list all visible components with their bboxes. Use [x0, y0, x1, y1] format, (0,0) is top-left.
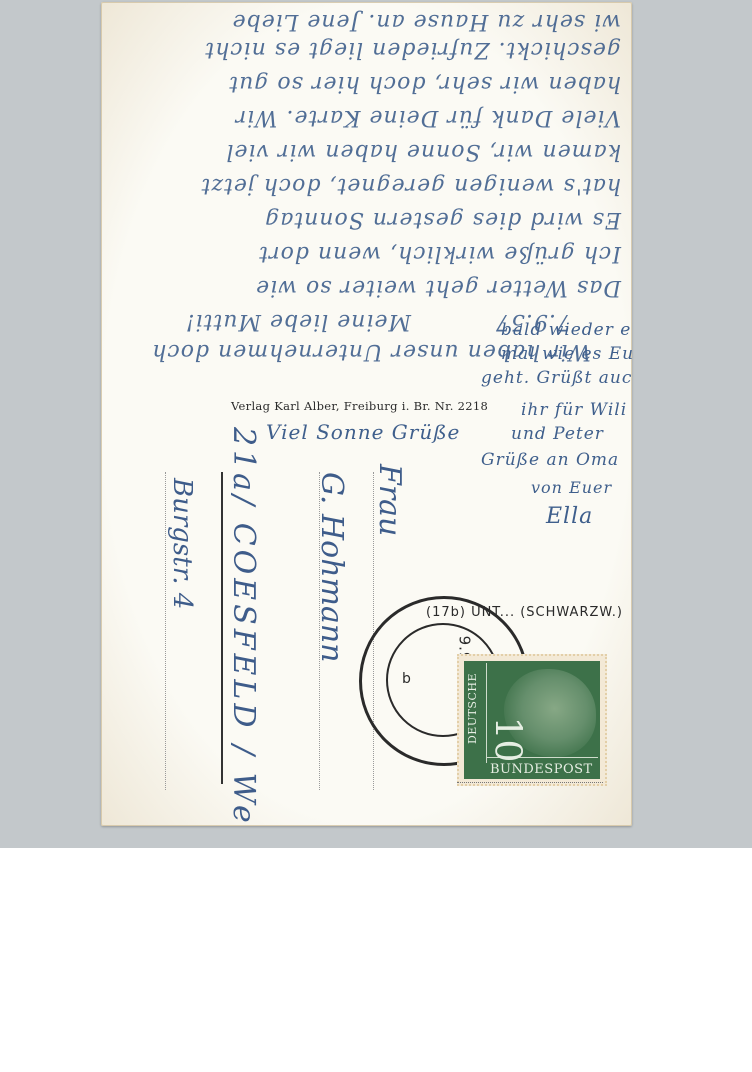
msg-line: Das Wetter geht weiter so wie: [255, 275, 621, 300]
msg-line: kamen wir, Sonne haben wir viel: [225, 139, 621, 164]
publisher-imprint: Verlag Karl Alber, Freiburg i. Br. Nr. 2…: [231, 399, 488, 413]
postmark-town: (17b) UNT... (SCHWARZW.): [426, 605, 623, 620]
msg-line: hat's wenigen geregnet, doch jetzt: [201, 173, 621, 198]
msg-line: Ich grüße wirklich, wenn dort: [258, 241, 621, 266]
address-guide-line: [165, 472, 166, 790]
msg-upright-line: Viel Sonne Grüße: [266, 420, 460, 444]
msg-upright-line: geht. Grüßt auch: [481, 368, 632, 388]
stamp-face: DEUTSCHE 10 BUNDESPOST: [464, 661, 600, 779]
msg-line: geschickt. Zufrieden liegt es nicht: [204, 37, 621, 62]
stamp-issuer: BUNDESPOST: [490, 762, 593, 777]
msg-upright-line: und Peter: [511, 424, 604, 444]
postcard: Wir haben unser Unternehmen doch 7.9.57 …: [101, 2, 632, 826]
address-line-4: Burgstr. 4: [167, 478, 197, 609]
msg-upright-line: mal wie es Euch: [501, 344, 632, 364]
msg-upright-line: bald wieder ein-: [501, 320, 632, 340]
msg-line: Meine liebe Mutti!: [185, 309, 411, 334]
msg-line: Es wird dies gestern Sonntag: [264, 207, 621, 232]
signature: Ella: [546, 504, 593, 529]
stamp-guide-line: [457, 782, 603, 783]
msg-line: haben wir sehr, doch hier so gut: [228, 71, 621, 96]
stamp-country: DEUTSCHE: [466, 673, 486, 744]
address-line-3: 21a/ COESFELD / Westf.: [226, 427, 261, 826]
address-line-2: G. Hohmann: [314, 472, 349, 663]
msg-line: wi sehr zu Hause an. Jene Liebe: [232, 9, 621, 34]
msg-line: Viele Dank für Deine Karte. Wir: [235, 105, 621, 130]
msg-upright-line: Grüße an Oma: [481, 450, 619, 470]
address-line-1: Frau: [372, 464, 407, 536]
msg-upright-line: ihr für Wili: [521, 400, 627, 420]
address-underline: [221, 472, 223, 784]
postmark-code: b: [402, 671, 412, 687]
stamp-value: 10: [486, 717, 527, 763]
msg-upright-line: von Euer: [531, 478, 612, 497]
postage-stamp: DEUTSCHE 10 BUNDESPOST: [457, 654, 607, 786]
